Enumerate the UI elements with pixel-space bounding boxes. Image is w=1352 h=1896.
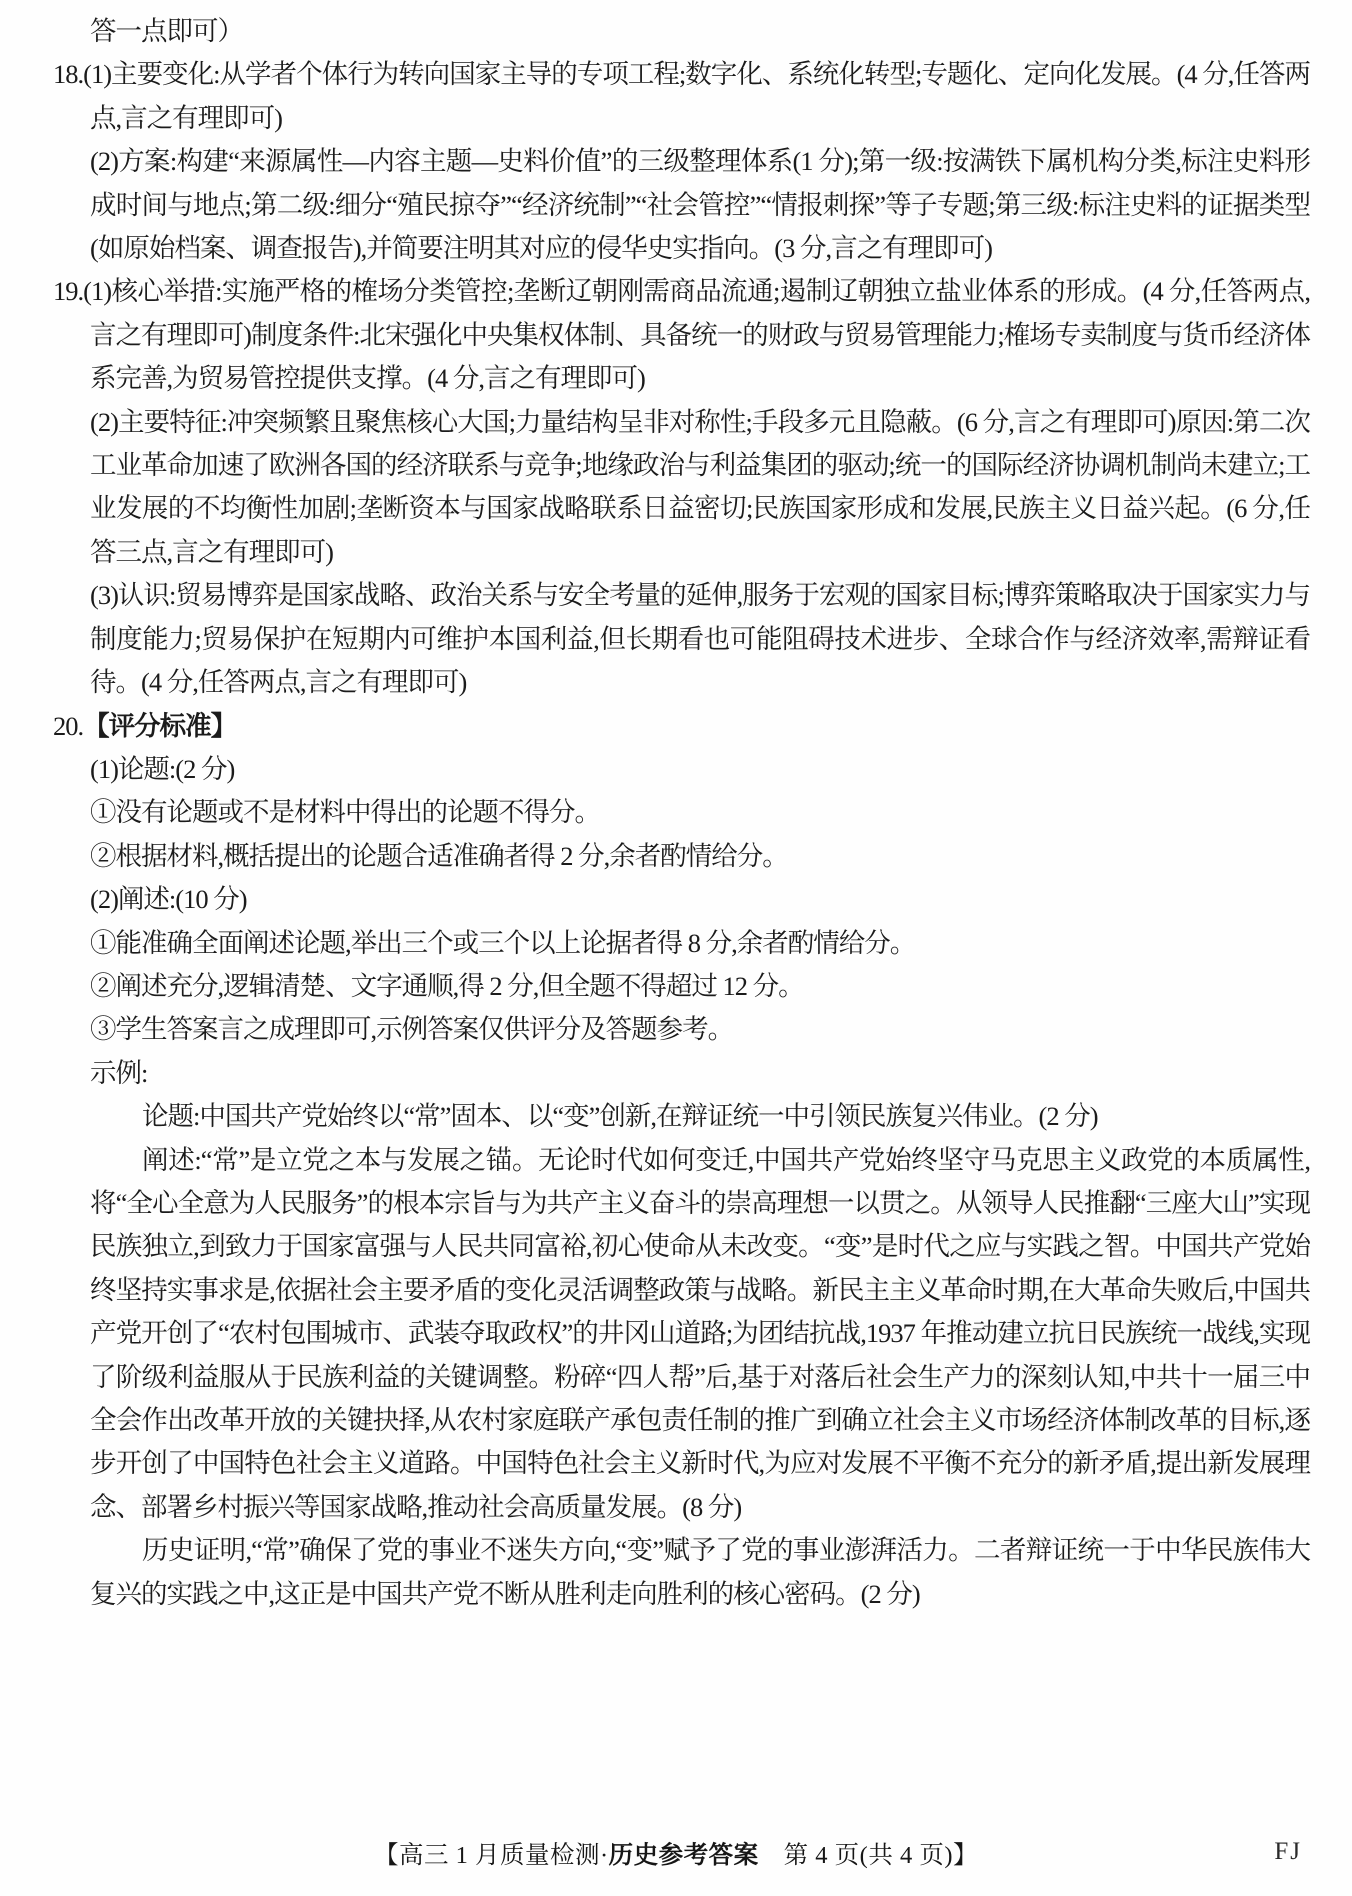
- criterion-2-item-1: ①能准确全面阐述论题,举出三个或三个以上论据者得 8 分,余者酌情给分。: [90, 922, 1310, 965]
- example-label: 示例:: [90, 1052, 1310, 1095]
- criterion-2-item-2: ②阐述充分,逻辑清楚、文字通顺,得 2 分,但全题不得超过 12 分。: [90, 965, 1310, 1008]
- footer-exam-title: 【高三 1 月质量检测·: [374, 1842, 609, 1869]
- footer-paper-code: FJ: [1274, 1838, 1302, 1866]
- answer-content: 答一点即可） 18.(1)主要变化:从学者个体行为转向国家主导的专项工程;数字化…: [90, 10, 1310, 1616]
- page-footer: 【高三 1 月质量检测·历史参考答案 第 4 页(共 4 页)】: [0, 1836, 1352, 1871]
- answer-19-part3: (3)认识:贸易博弈是国家战略、政治关系与安全考量的延伸,服务于宏观的国家目标;…: [90, 574, 1310, 704]
- answer-18-part1-text: (1)主要变化:从学者个体行为转向国家主导的专项工程;数字化、系统化转型;专题化…: [83, 59, 1310, 132]
- answer-18-part2: (2)方案:构建“来源属性—内容主题—史料价值”的三级整理体系(1 分);第一级…: [90, 140, 1310, 270]
- question-number-19: 19.: [53, 276, 83, 306]
- example-elaboration: 阐述:“常”是立党之本与发展之锚。无论时代如何变迁,中国共产党始终坚守马克思主义…: [90, 1139, 1310, 1530]
- footer-page-number: 第 4 页(共 4 页)】: [759, 1842, 978, 1869]
- answer-18-part1: 18.(1)主要变化:从学者个体行为转向国家主导的专项工程;数字化、系统化转型;…: [90, 53, 1310, 140]
- criterion-1-item-1: ①没有论题或不是材料中得出的论题不得分。: [90, 791, 1310, 834]
- answer-19-part2: (2)主要特征:冲突频繁且聚焦核心大国;力量结构呈非对称性;手段多元且隐蔽。(6…: [90, 401, 1310, 575]
- answer-20-heading: 20.【评分标准】: [90, 705, 1310, 748]
- criterion-1-title: (1)论题:(2 分): [90, 748, 1310, 791]
- criterion-1-item-2: ②根据材料,概括提出的论题合适准确者得 2 分,余者酌情给分。: [90, 835, 1310, 878]
- example-conclusion: 历史证明,“常”确保了党的事业不迷失方向,“变”赋予了党的事业澎湃活力。二者辩证…: [90, 1529, 1310, 1616]
- criterion-2-title: (2)阐述:(10 分): [90, 878, 1310, 921]
- question-number-20: 20.: [53, 711, 83, 741]
- criterion-2-item-3: ③学生答案言之成理即可,示例答案仅供评分及答题参考。: [90, 1008, 1310, 1051]
- footer-subject-title: 历史参考答案: [609, 1842, 759, 1869]
- scoring-standard-heading: 【评分标准】: [83, 711, 236, 741]
- example-thesis: 论题:中国共产党始终以“常”固本、以“变”创新,在辩证统一中引领民族复兴伟业。(…: [90, 1095, 1310, 1138]
- answer-19-part1: 19.(1)核心举措:实施严格的榷场分类管控;垄断辽朝刚需商品流通;遏制辽朝独立…: [90, 270, 1310, 400]
- question-number-18: 18.: [53, 59, 83, 89]
- answer-19-part1-text: (1)核心举措:实施严格的榷场分类管控;垄断辽朝刚需商品流通;遏制辽朝独立盐业体…: [83, 276, 1310, 393]
- continuation-line: 答一点即可）: [90, 10, 1310, 53]
- answer-sheet-page: 答一点即可） 18.(1)主要变化:从学者个体行为转向国家主导的专项工程;数字化…: [0, 0, 1352, 1896]
